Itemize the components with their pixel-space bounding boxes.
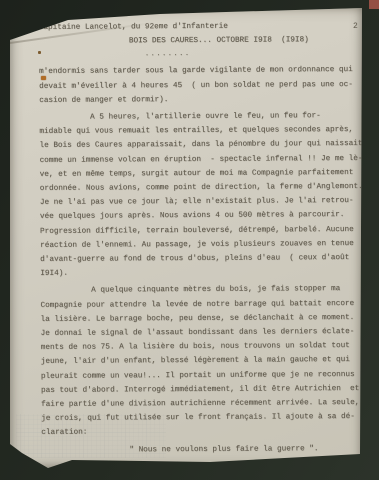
paragraph: A 5 heures, l'artillerie ouvre le feu, u…	[39, 109, 362, 281]
paragraph: m'endormis sans tarder sous la garde vig…	[39, 63, 361, 108]
closing-quote: " Nous ne voulons plus faire la guerre "…	[129, 442, 363, 458]
document-title: BOIS DES CAURES... OCTOBRE I9I8 (I9I8)	[129, 33, 361, 49]
page-content: Capitaine Lancelot, du 92eme d'Infanteri…	[9, 5, 364, 458]
scan-background: Capitaine Lancelot, du 92eme d'Infanteri…	[0, 0, 379, 480]
typewritten-page: Capitaine Lancelot, du 92eme d'Infanteri…	[10, 6, 362, 468]
paragraph: A quelque cinquante mètres du bois, je f…	[40, 282, 363, 440]
page-number: 2	[353, 22, 358, 31]
separator-dots: ........	[145, 47, 361, 61]
red-corner-fragment	[369, 0, 379, 9]
